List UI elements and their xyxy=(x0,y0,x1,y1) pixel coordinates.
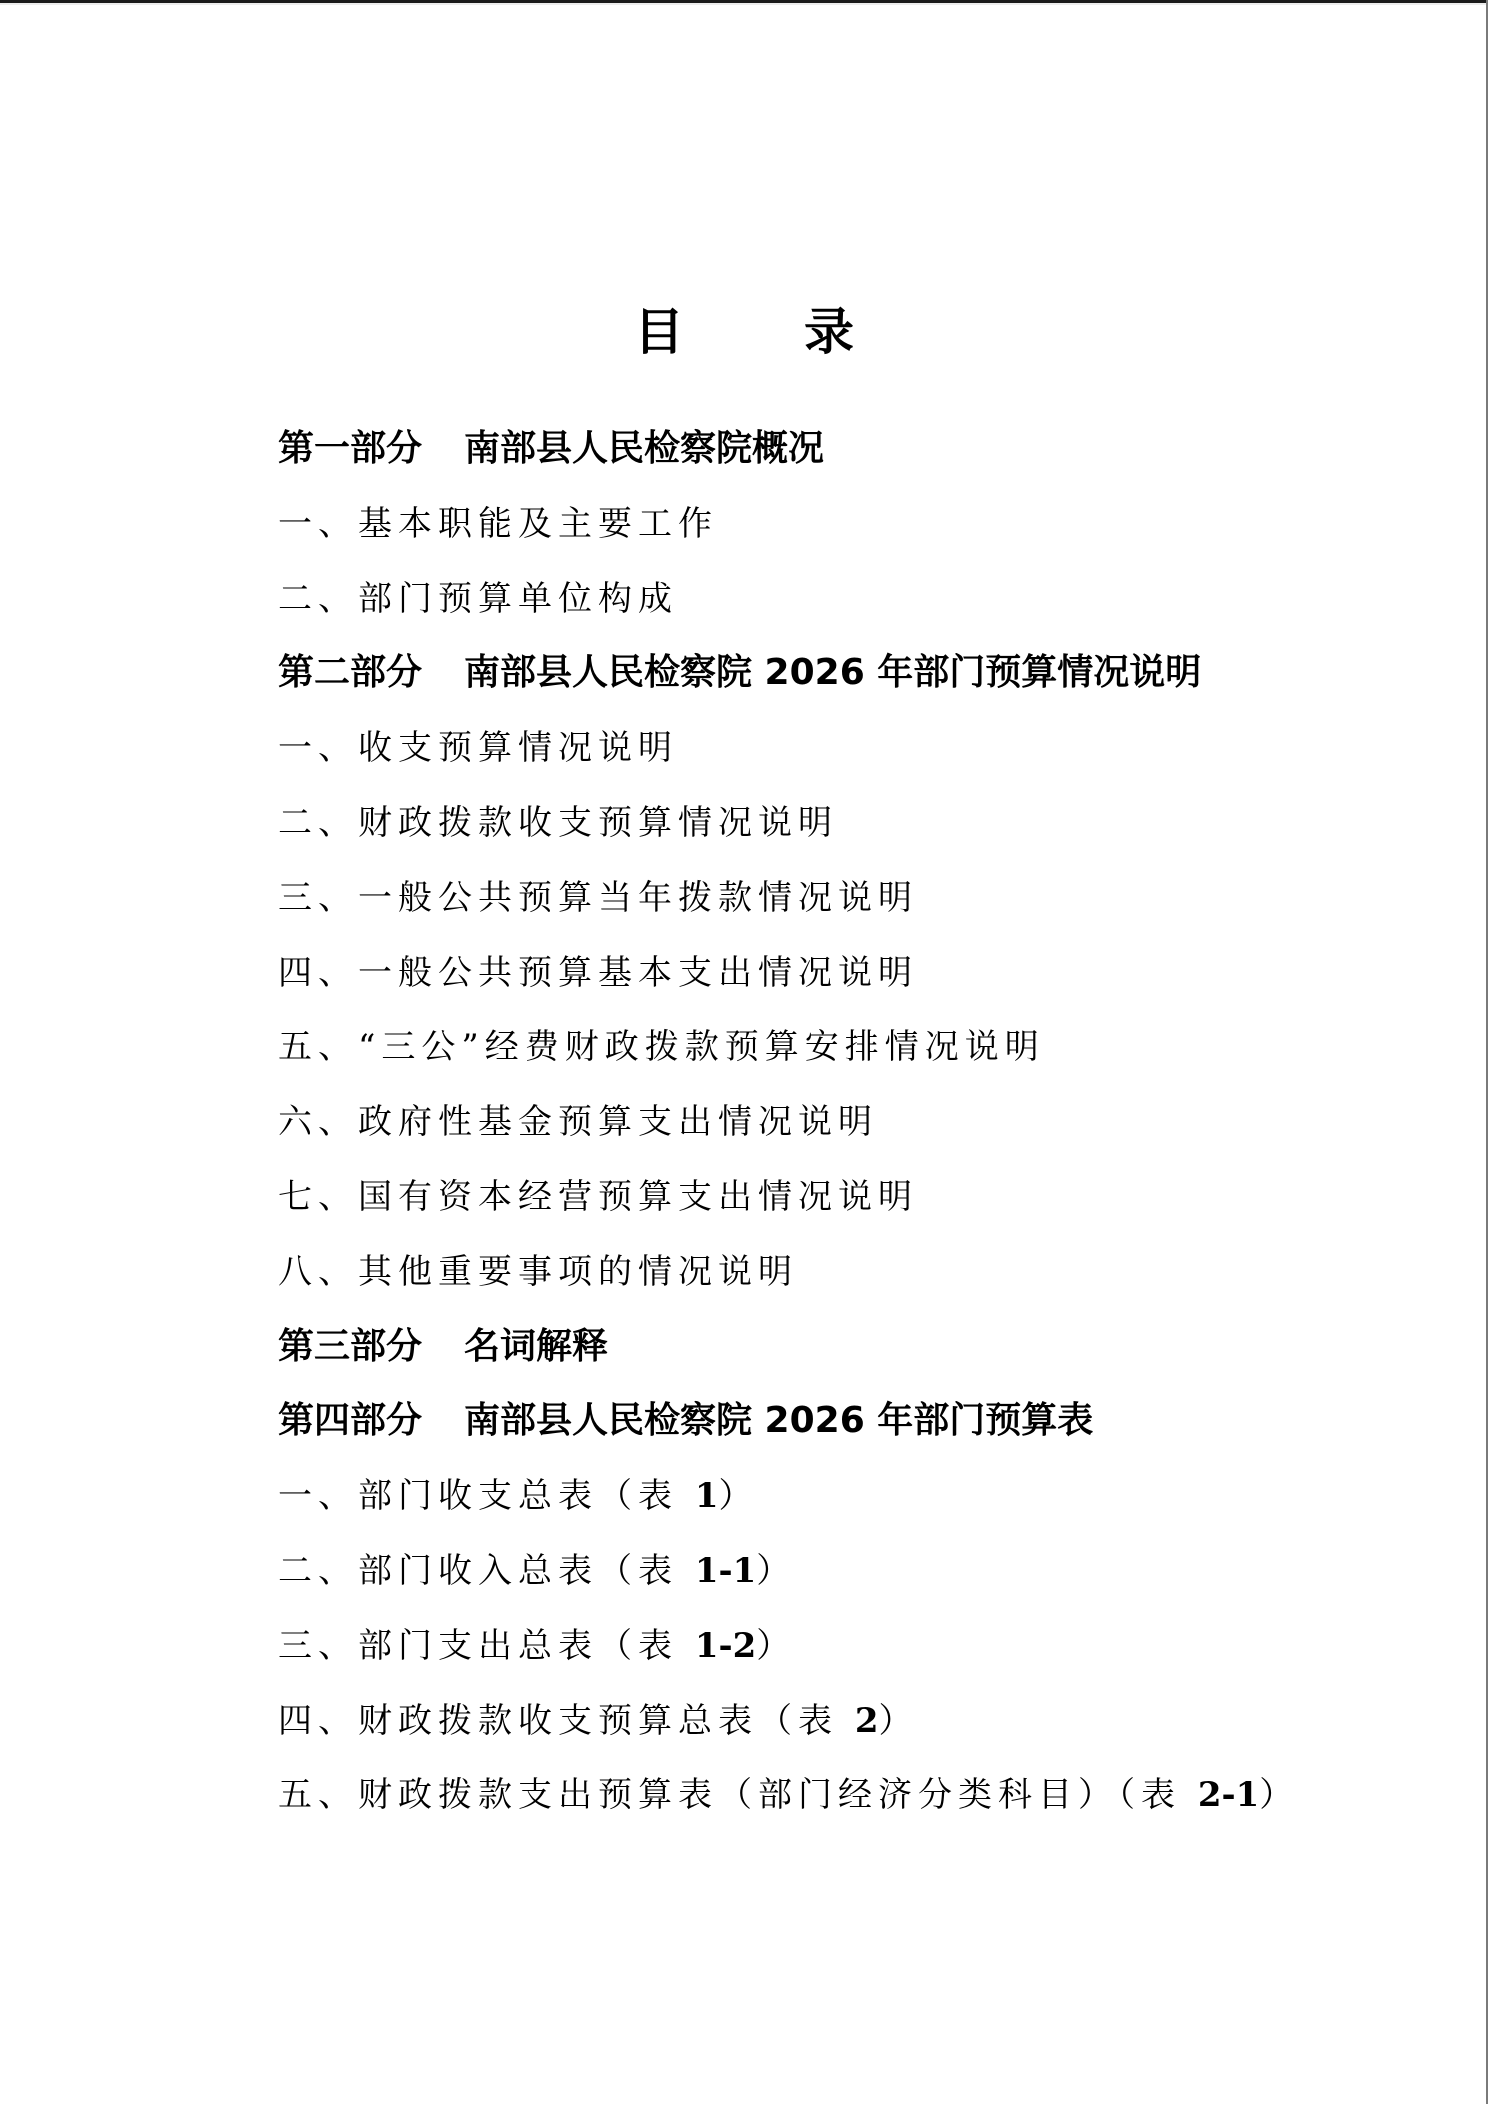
part-label: 第四部分 xyxy=(278,1400,422,1441)
toc-item-text: 二、部门收入总表（表 xyxy=(278,1551,678,1591)
toc-item[interactable]: 七、国有资本经营预算支出情况说明 xyxy=(278,1160,1428,1235)
title-char-1: 目 xyxy=(634,296,684,368)
toc-item[interactable]: 五、财政拨款支出预算表（部门经济分类科目）（表 2-1） xyxy=(278,1758,1428,1833)
close-paren: ） xyxy=(756,1626,796,1666)
toc-item-text: 二、部门预算单位构成 xyxy=(278,579,678,619)
toc-item-text: 一、收支预算情况说明 xyxy=(278,728,678,768)
toc-item[interactable]: 二、财政拨款收支预算情况说明 xyxy=(278,786,1428,861)
close-paren: ） xyxy=(756,1551,796,1591)
part-label: 第二部分 xyxy=(278,652,422,693)
toc-item[interactable]: 三、部门支出总表（表 1-2） xyxy=(278,1609,1428,1684)
title-char-2: 录 xyxy=(804,296,854,368)
toc-item[interactable]: 二、部门预算单位构成 xyxy=(278,562,1428,637)
toc-part-2[interactable]: 第二部分南部县人民检察院 2026 年部门预算情况说明 xyxy=(278,636,1428,711)
toc-item-text: 一、部门收支总表（表 xyxy=(278,1476,678,1516)
part-title: 南部县人民检察院 2026 年部门预算情况说明 xyxy=(464,652,1201,693)
toc-item-text: 八、其他重要事项的情况说明 xyxy=(278,1252,798,1292)
close-paren: ） xyxy=(878,1701,918,1741)
toc-item[interactable]: 四、一般公共预算基本支出情况说明 xyxy=(278,936,1428,1011)
table-number: 1-2 xyxy=(695,1626,756,1666)
toc-item[interactable]: 四、财政拨款收支预算总表（表 2） xyxy=(278,1684,1428,1759)
toc-item[interactable]: 一、部门收支总表（表 1） xyxy=(278,1459,1428,1534)
close-paren: ） xyxy=(1259,1775,1299,1815)
toc-item-text: 三、一般公共预算当年拨款情况说明 xyxy=(278,878,918,918)
part-title: 名词解释 xyxy=(464,1326,608,1367)
toc-item[interactable]: 六、政府性基金预算支出情况说明 xyxy=(278,1085,1428,1160)
toc-item-text: 一、基本职能及主要工作 xyxy=(278,504,718,544)
toc-item[interactable]: 三、一般公共预算当年拨款情况说明 xyxy=(278,861,1428,936)
toc-item-text: 六、政府性基金预算支出情况说明 xyxy=(278,1102,878,1142)
table-of-contents: 第一部分南部县人民检察院概况 一、基本职能及主要工作 二、部门预算单位构成 第二… xyxy=(278,412,1428,1833)
toc-item-text: 四、财政拨款收支预算总表（表 xyxy=(278,1701,838,1741)
table-number: 1-1 xyxy=(695,1551,756,1591)
toc-item-text: 五、“三公”经费财政拨款预算安排情况说明 xyxy=(278,1027,1045,1067)
close-paren: ） xyxy=(718,1476,758,1516)
part-title: 南部县人民检察院概况 xyxy=(464,428,824,469)
table-number: 1 xyxy=(695,1476,719,1516)
page-top-shadow xyxy=(0,3,1488,5)
toc-item[interactable]: 五、“三公”经费财政拨款预算安排情况说明 xyxy=(278,1010,1428,1085)
toc-item-text: 七、国有资本经营预算支出情况说明 xyxy=(278,1177,918,1217)
toc-item[interactable]: 二、部门收入总表（表 1-1） xyxy=(278,1534,1428,1609)
toc-item-text: 五、财政拨款支出预算表（部门经济分类科目）（表 xyxy=(278,1775,1181,1815)
toc-item-text: 三、部门支出总表（表 xyxy=(278,1626,678,1666)
part-label: 第三部分 xyxy=(278,1326,422,1367)
page-title: 目录 xyxy=(0,296,1488,368)
toc-item[interactable]: 一、收支预算情况说明 xyxy=(278,711,1428,786)
table-number: 2 xyxy=(855,1701,879,1741)
toc-item[interactable]: 一、基本职能及主要工作 xyxy=(278,487,1428,562)
part-label: 第一部分 xyxy=(278,428,422,469)
part-title: 南部县人民检察院 2026 年部门预算表 xyxy=(464,1400,1093,1441)
toc-item[interactable]: 八、其他重要事项的情况说明 xyxy=(278,1235,1428,1310)
toc-item-text: 四、一般公共预算基本支出情况说明 xyxy=(278,953,918,993)
toc-item-text: 二、财政拨款收支预算情况说明 xyxy=(278,803,838,843)
toc-part-4[interactable]: 第四部分南部县人民检察院 2026 年部门预算表 xyxy=(278,1384,1428,1459)
table-number: 2-1 xyxy=(1198,1775,1259,1815)
toc-part-3[interactable]: 第三部分名词解释 xyxy=(278,1310,1428,1385)
toc-part-1[interactable]: 第一部分南部县人民检察院概况 xyxy=(278,412,1428,487)
